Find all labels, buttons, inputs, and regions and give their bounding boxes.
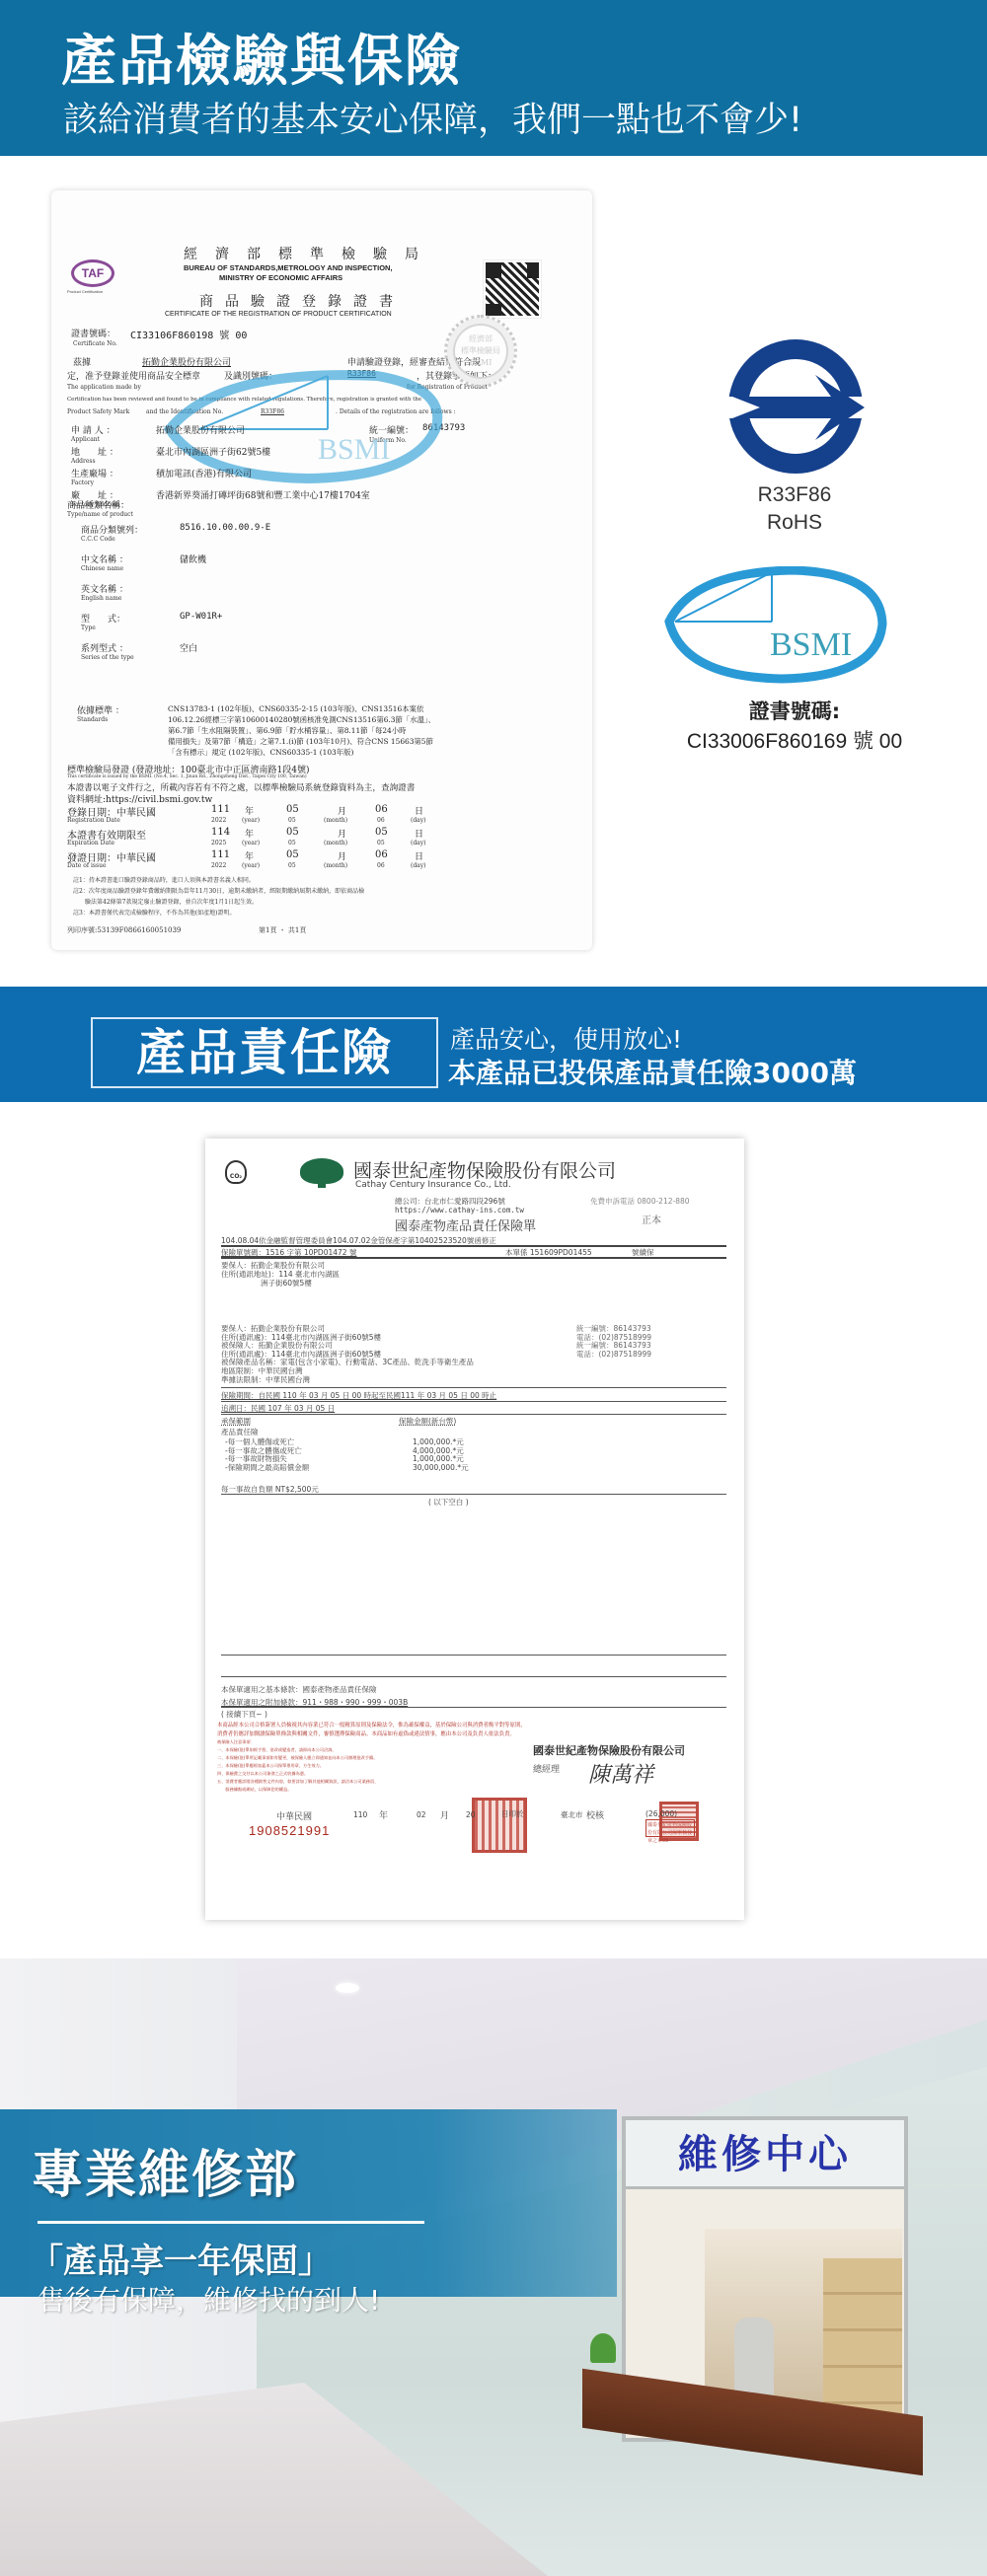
divider — [221, 1676, 726, 1677]
date-unit: 年 — [379, 1808, 388, 1821]
date-unit-en: (year) — [242, 840, 260, 846]
divider — [221, 1257, 726, 1259]
bsmi-certificate-image: TAF Product Certification 經濟部標準檢驗局 BUREA… — [51, 190, 592, 950]
divider — [221, 1401, 726, 1402]
date-unit: 年 — [245, 849, 254, 862]
field-value: 臺北市內湖區洲子街62號5樓 — [156, 445, 270, 458]
notice-title: 被保險人注意事項： — [217, 1739, 255, 1745]
field-label: 地 址 ： — [71, 445, 118, 458]
field-value: 積加電訊(香港)有限公司 — [156, 467, 252, 479]
date-unit: 月 — [338, 804, 346, 817]
coverage-amount: 30,000,000.*元 — [413, 1462, 469, 1473]
product-field-label: 型 式： — [81, 612, 125, 625]
intro-en: The application made by — [67, 384, 141, 391]
page-title: 產品檢驗與保險 — [61, 18, 462, 97]
carbon-footprint-icon: CO₂ — [225, 1160, 247, 1184]
insurer-hotline: 免費申訴電話 0800-212-880 — [590, 1196, 690, 1207]
date-day: 20 — [466, 1810, 476, 1819]
blank-below: ( 以下空白 ) — [428, 1497, 469, 1508]
date-unit: 月 — [338, 827, 346, 840]
standards-label: 依據標準 ： — [77, 703, 124, 716]
notice-line: 四、保險費之交付以本公司簽發之正式收據為憑。 — [217, 1771, 308, 1777]
product-field-label-en: C.C.C Code — [81, 536, 115, 543]
product-field-label-en: Type — [81, 625, 96, 631]
cert-no-label: 證書號碼： — [71, 327, 115, 339]
retro-date: 追溯日：民國 107 年 03 月 05 日 — [221, 1403, 335, 1414]
product-field-label-en: Chinese name — [81, 565, 123, 572]
date-month: 05 — [286, 849, 299, 860]
disclaimer: 消費者仍應詳加閱讀保險單條款與相關文件，審慎選擇保險商品。本商品如有虛偽或違法情… — [217, 1730, 515, 1737]
divider — [221, 1707, 726, 1708]
standards-line: 「含有標示」規定 (102年版)、CNS60335-1 (103年版) — [168, 747, 353, 758]
note-line: 註1：持本證書進口驗證登錄商品時，進口人須與本證書名義人相同。 — [73, 875, 255, 884]
date-year-ad: 2022 — [211, 817, 226, 824]
date-unit-en: (day) — [411, 817, 426, 824]
warranty-text: 「產品享一年保固」 — [30, 2234, 332, 2282]
date-unit-en: (year) — [242, 817, 260, 824]
policy-title: 國泰產物產品責任保險單 — [395, 1215, 536, 1234]
repair-tagline: 售後有保障，維修找的到人! — [38, 2279, 380, 2318]
divider — [221, 1414, 726, 1415]
divider — [38, 2221, 424, 2224]
insurer-name-en: Cathay Century Insurance Co., Ltd. — [355, 1180, 511, 1190]
qr-code-icon — [484, 260, 541, 318]
date-unit: 日 — [415, 804, 423, 817]
date-day: 06 — [375, 804, 388, 815]
amount-header: 保險金額(新台幣) — [399, 1416, 456, 1427]
field-label: 生產廠場 ： — [71, 467, 118, 479]
seal-text: BSMI — [447, 357, 514, 369]
agency-name-cn: 經濟部標準檢驗局 — [184, 244, 436, 263]
print-serial: 列印序號:53139F0866160051039 — [67, 925, 181, 935]
agency-name-en-2: MINISTRY OF ECONOMIC AFFAIRS — [219, 273, 342, 282]
bsmi-logo-icon: BSMI — [663, 566, 888, 685]
insured-line: 洲子街60號5樓 — [261, 1278, 312, 1288]
liability-line-1: 產品安心，使用放心! — [450, 1020, 682, 1056]
field-label: 申 請 人 ： — [71, 423, 115, 436]
product-field-label: 商品分類號列： — [81, 523, 143, 536]
certificate-title-en: CERTIFICATE OF THE REGISTRATION OF PRODU… — [165, 311, 392, 318]
product-type-en: Type/name of product — [67, 511, 133, 518]
basic-clause: 本保單適用之基本條款：國泰產物產品責任保險 — [221, 1684, 377, 1695]
note-line: 註3：本證書僅代表完成檢驗程序，不作為其他(如產地)證明。 — [73, 908, 236, 917]
taf-logo-caption: Product Certification — [67, 289, 103, 294]
date-unit: 年 — [245, 827, 254, 840]
bsmi-seal-icon: 經濟部 標準檢驗局 BSMI — [444, 315, 517, 388]
date-unit: 日印於 — [501, 1808, 524, 1819]
date-unit: 年 — [245, 804, 254, 817]
date-unit-en: (year) — [242, 862, 260, 869]
insurance-policy-image: CO₂ 國泰世紀產物保險股份有限公司 Cathay Century Insura… — [205, 1139, 744, 1920]
date-label-en: Registration Date — [67, 817, 120, 824]
divider — [221, 1387, 726, 1388]
date-month: 05 — [286, 827, 299, 838]
date-prefix: 中華民國 — [276, 1809, 312, 1822]
field-label-en: Factory Address — [71, 501, 119, 508]
intro-text: 茲據 — [73, 355, 91, 368]
continue-note: ( 接續下頁~ ) — [221, 1709, 267, 1720]
notice-line: 五、消費者應詳閱各種銷售文件內容，如要詳加了解其他相關資訊，請洽本公司業務員、 — [217, 1779, 378, 1785]
divider — [221, 1655, 726, 1656]
date-unit: 日 — [415, 849, 423, 862]
product-field-value: 儲飲機 — [180, 552, 206, 565]
page-subtitle: 該給消費者的基本安心保障，我們一點也不會少! — [63, 93, 802, 142]
product-field-label-en: English name — [81, 595, 121, 602]
taf-logo-icon: TAF — [71, 259, 114, 287]
note-line: 驗法第42條第7款規定廢止驗證登錄，並自次年度1月1日起生效。 — [73, 897, 258, 906]
print-count: (26,000) — [645, 1809, 677, 1818]
agency-name-en-1: BUREAU OF STANDARDS,METROLOGY AND INSPEC… — [184, 263, 393, 272]
date-unit: 日 — [415, 827, 423, 840]
field-label-en: Applicant — [71, 436, 100, 443]
party-line: 準據法限制：中華民國台灣 — [221, 1374, 310, 1385]
cert-no-en: Certificate No. — [73, 340, 117, 347]
header-banner: 產品檢驗與保險 該給消費者的基本安心保障，我們一點也不會少! — [0, 0, 987, 156]
insurer-url: https://www.cathay-ins.com.tw — [395, 1206, 524, 1214]
date-unit: 月 — [338, 849, 346, 862]
date-month: 05 — [286, 804, 299, 815]
repair-overlay: 專業維修部 「產品享一年保固」 售後有保障，維修找的到人! — [0, 2109, 617, 2297]
standards-line: CNS13783-1 (102年版)、CNS60335-2-15 (103年版)… — [168, 703, 423, 714]
ceiling-light-icon — [336, 1983, 359, 1993]
rohs-label: RoHS — [632, 511, 957, 535]
liability-line-2: 本產品已投保產品責任險3000萬 — [448, 1052, 857, 1091]
date-year-ad: 2022 — [211, 862, 226, 869]
standards-en: Standards — [77, 716, 108, 723]
date-unit-en: (month) — [324, 840, 347, 846]
date-year: 111 — [211, 849, 230, 860]
notice-line: 服務據點或網站，以保障您的權益。 — [217, 1787, 291, 1793]
field-label-en: Factory — [71, 479, 94, 486]
plant-icon — [590, 2333, 616, 2363]
notice-line: 一、本保險(批)單如經手寫、塗改或變造者，請即向本公司洽詢。 — [217, 1747, 337, 1753]
coverage-header: 承保範圍 — [221, 1416, 251, 1427]
notice-line: 二、本保險(批)單所記載事項如有變更，被保險人應立即通知並向本公司辦理批改手續。 — [217, 1755, 377, 1761]
date-month: 02 — [417, 1810, 426, 1819]
product-field-label: 系列型式 ： — [81, 641, 128, 654]
date-day-ad: 06 — [377, 862, 385, 869]
note-line: 註2：次年度商品驗證登錄年費繳納期限為當年11月30日，逾期未繳納者，經限期繳納… — [73, 886, 364, 895]
issue-stamp: 國泰世紀產物保險股份有限公司保單核發章之章05 — [645, 1819, 695, 1837]
product-field-label-en: Series of the type — [81, 654, 134, 661]
serial-number: 1908521991 — [249, 1823, 330, 1838]
field-label: 廠 址 ： — [71, 488, 118, 501]
date-year: 110 — [353, 1810, 367, 1819]
date-label-en: Date of issue — [67, 862, 107, 869]
date-year: 114 — [211, 827, 230, 838]
seal-text: 經濟部 — [447, 333, 514, 345]
standards-line: 備用損失」及第7節「構造」之第7.1.(i)節 (103年10月)、符合CNS … — [168, 736, 433, 747]
checked-label: 校核 — [586, 1808, 604, 1821]
svg-text:BSMI: BSMI — [318, 433, 390, 466]
party-id: 電話：(02)87518999 — [576, 1349, 651, 1360]
date-label-en: Expiration Date — [67, 840, 114, 846]
svg-text:BSMI: BSMI — [770, 626, 852, 663]
product-field-label: 英文名稱 ： — [81, 582, 128, 595]
standards-line: 第6.7節「生水阻隔裝置」、第6.9節「貯水桶容量」、第8.11節「每24小時 — [168, 725, 407, 736]
gm-signature: 陳萬祥 — [588, 1758, 653, 1789]
product-field-value: 空白 — [180, 641, 197, 654]
field-label-en: Address — [71, 458, 96, 465]
date-day-ad: 06 — [377, 817, 385, 824]
page-info: 第1頁 ・ 共1頁 — [259, 925, 306, 935]
disclaimer: 本商品經本公司合格簽署人員檢視其內容業已符合一般精算原則及保險法令，惟為確保權益… — [217, 1721, 526, 1729]
cathay-tree-logo-icon — [300, 1158, 343, 1184]
date-unit-en: (month) — [324, 817, 347, 824]
standards-line: 106.12.26經標三字第10600140280號函核准免測CNS13516第… — [168, 714, 435, 725]
date-day: 06 — [375, 849, 388, 860]
date-unit-en: (month) — [324, 862, 347, 869]
insurer-name-cn: 國泰世紀產物保險股份有限公司 — [353, 1156, 616, 1183]
certificate-title-cn: 商品驗證登錄證書 — [199, 291, 405, 311]
cert-no-value: CI33106F860198 號 00 — [130, 327, 247, 341]
notice-line: 三、本保險(批)單應經加蓋本公司保單專用章，方生效力。 — [217, 1763, 324, 1769]
commodity-inspection-mark-icon — [717, 335, 874, 483]
date-unit-en: (day) — [411, 840, 426, 846]
liability-insurance-banner: 產品責任險 產品安心，使用放心! 本產品已投保產品責任險3000萬 — [0, 987, 987, 1102]
date-year-ad: 2025 — [211, 840, 226, 846]
intro-company: 拓勤企業股份有限公司 — [142, 355, 231, 368]
policy-period: 保險期間：自民國 110 年 03 月 05 日 00 時起至民國111 年 0… — [221, 1390, 496, 1401]
cert-number: CI33006F860169 號 00 — [632, 725, 957, 755]
mark-code: R33F86 — [632, 483, 957, 507]
date-month-ad: 05 — [288, 840, 296, 846]
seal-text: 標準檢驗局 — [447, 345, 514, 357]
field-value: 香港新界葵涌打磚坪街68號和豐工業中心17樓1704室 — [156, 488, 370, 501]
print-city: 臺北市 — [561, 1809, 583, 1820]
company-seal-icon — [472, 1798, 527, 1853]
issuer-en: This certificate is issued by the BSMI. … — [67, 774, 307, 779]
date-unit-en: (day) — [411, 862, 426, 869]
intro-en: Product Safety Mark — [67, 408, 129, 415]
divider — [221, 1494, 726, 1495]
field-value: 拓勤企業股份有限公司 — [156, 423, 245, 436]
copy-mark: 正本 — [642, 1212, 661, 1226]
gm-label: 總經理 — [533, 1762, 560, 1775]
repair-center-sign: 維修中心 — [626, 2120, 904, 2189]
date-month-ad: 05 — [288, 862, 296, 869]
product-field-value: GP-W01R+ — [180, 612, 222, 622]
coverage-item: -保險期間之最高賠償金額 — [225, 1462, 309, 1473]
date-day: 05 — [375, 827, 388, 838]
storage-boxes — [823, 2258, 902, 2426]
date-day-ad: 05 — [377, 840, 385, 846]
product-field-value: 8516.10.00.00.9-E — [180, 523, 270, 533]
product-field-label: 中文名稱 ： — [81, 552, 128, 565]
liability-title: 產品責任險 — [91, 1017, 438, 1088]
repair-title: 專業維修部 — [32, 2133, 298, 2207]
date-unit: 月 — [440, 1808, 449, 1821]
date-month-ad: 05 — [288, 817, 296, 824]
cert-number-label: 證書號碼: — [632, 696, 957, 725]
date-year: 111 — [211, 804, 230, 815]
signer-company: 國泰世紀產物保險股份有限公司 — [533, 1742, 685, 1758]
